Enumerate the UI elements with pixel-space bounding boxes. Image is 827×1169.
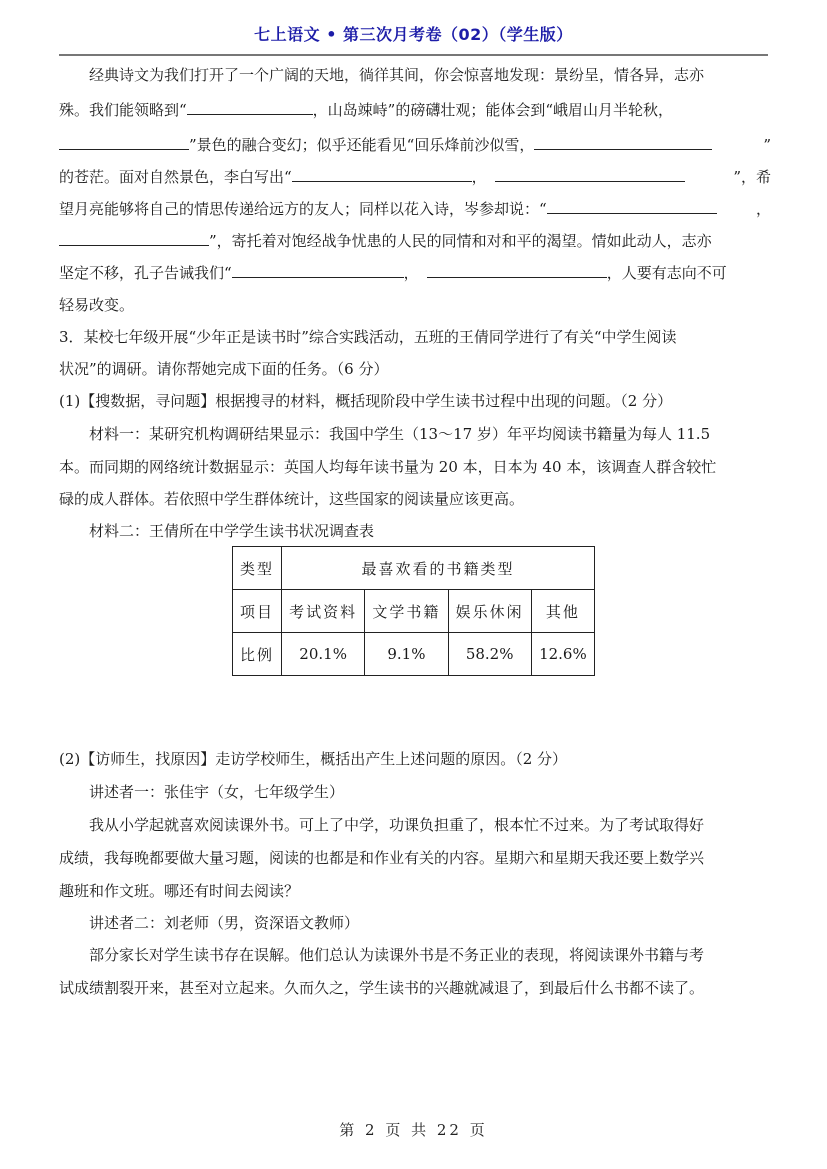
table-cell-item-label: 项目: [233, 590, 282, 633]
table-cell-type-label: 类型: [233, 547, 282, 590]
material-1-line-1: 材料一：某研究机构调研结果显示：我国中学生（13～17 岁）年平均阅读书籍量为每…: [59, 423, 771, 445]
question-3-stem-line-2: 状况”的调研。请你帮她完成下面的任务。（6 分）: [59, 358, 771, 380]
speaker-2-line-1: 部分家长对学生读书存在误解。他们总认为读课外书是不务正业的表现，将阅读课外书籍与…: [59, 944, 771, 966]
poem-text: ”，希: [733, 166, 771, 188]
page-number: 第 2 页 共 22 页: [0, 1119, 827, 1140]
table-cell-value: 20.1%: [282, 633, 365, 676]
table-cell-category: 其他: [531, 590, 594, 633]
table-cell-ratio-label: 比例: [233, 633, 282, 676]
poem-text: ，: [472, 168, 487, 186]
material-1-line-2: 本。而同期的网络统计数据显示：英国人均每年读书量为 20 本，日本为 40 本，…: [59, 456, 771, 478]
poem-text: ，山岛竦峙”的磅礴壮观；能体会到“峨眉山月半轮秋，: [313, 101, 673, 119]
fill-blank-6[interactable]: [547, 198, 717, 214]
poem-text: 殊。我们能领略到“: [59, 101, 187, 119]
poem-text: ”景色的融合变幻；似乎还能看见“回乐烽前沙似雪，: [189, 136, 534, 154]
table-row: 项目 考试资料 文学书籍 娱乐休闲 其他: [233, 590, 595, 633]
poem-line-8: 轻易改变。: [59, 294, 771, 316]
fill-blank-8[interactable]: [232, 262, 404, 278]
fill-blank-7[interactable]: [59, 230, 209, 246]
table-cell-value: 12.6%: [531, 633, 594, 676]
table-cell-category: 考试资料: [282, 590, 365, 633]
header-divider: [59, 54, 768, 56]
poem-text: ，人要有志向不可: [607, 264, 727, 282]
table-row: 比例 20.1% 9.1% 58.2% 12.6%: [233, 633, 595, 676]
table-cell-category: 娱乐休闲: [448, 590, 531, 633]
material-1-line-3: 碌的成人群体。若依照中学生群体统计，这些国家的阅读量应该更高。: [59, 488, 771, 510]
poem-line-2: 殊。我们能领略到“，山岛竦峙”的磅礴壮观；能体会到“峨眉山月半轮秋，: [59, 99, 771, 121]
table-cell-favorite-books-header: 最喜欢看的书籍类型: [282, 547, 595, 590]
poem-text: 望月亮能够将自己的情思传递给远方的友人；同样以花入诗，岑参却说：“: [59, 200, 547, 218]
poem-text: ”: [763, 134, 771, 156]
table-cell-value: 58.2%: [448, 633, 531, 676]
speaker-1-line-2: 成绩，我每晚都要做大量习题，阅读的也都是和作业有关的内容。星期六和星期天我还要上…: [59, 847, 771, 869]
poem-text: ，: [756, 198, 771, 220]
speaker-1-line-1: 我从小学起就喜欢阅读课外书。可上了中学，功课负担重了，根本忙不过来。为了考试取得…: [59, 814, 771, 836]
speaker-1-line-3: 趣班和作文班。哪还有时间去阅读？: [59, 880, 771, 902]
table-row: 类型 最喜欢看的书籍类型: [233, 547, 595, 590]
poem-line-5: 望月亮能够将自己的情思传递给远方的友人；同样以花入诗，岑参却说：“，: [59, 198, 771, 220]
page-header-title: 七上语文 • 第三次月考卷（02）（学生版）: [0, 22, 827, 45]
fill-blank-3[interactable]: [534, 134, 712, 150]
speaker-2-label: 讲述者二：刘老师（男，资深语文教师）: [59, 912, 771, 934]
subquestion-2: (2)【访师生，找原因】走访学校师生，概括出产生上述问题的原因。（2 分）: [59, 748, 771, 770]
fill-blank-2[interactable]: [59, 134, 189, 150]
poem-line-4: 的苍茫。面对自然景色，李白写出“，”，希: [59, 166, 771, 188]
question-3-stem-line-1: 3．某校七年级开展“少年正是读书时”综合实践活动，五班的王倩同学进行了有关“中学…: [59, 326, 771, 348]
poem-text: ”，寄托着对饱经战争忧患的人民的同情和对和平的渴望。情如此动人，志亦: [209, 232, 712, 250]
poem-line-7: 坚定不移，孔子告诫我们“，，人要有志向不可: [59, 262, 771, 284]
reading-survey-table: 类型 最喜欢看的书籍类型 项目 考试资料 文学书籍 娱乐休闲 其他 比例 20.…: [232, 546, 595, 676]
poem-line-3: ”景色的融合变幻；似乎还能看见“回乐烽前沙似雪，”: [59, 134, 771, 156]
poem-text: 的苍茫。面对自然景色，李白写出“: [59, 168, 292, 186]
fill-blank-9[interactable]: [427, 262, 607, 278]
material-2-title: 材料二：王倩所在中学学生读书状况调查表: [59, 520, 771, 542]
subquestion-1: (1)【搜数据，寻问题】根据搜寻的材料，概括现阶段中学生读书过程中出现的问题。（…: [59, 390, 771, 412]
table-cell-category: 文学书籍: [365, 590, 448, 633]
table-cell-value: 9.1%: [365, 633, 448, 676]
poem-line-1: 经典诗文为我们打开了一个广阔的天地，徜徉其间，你会惊喜地发现：景纷呈，情各异，志…: [59, 64, 771, 86]
poem-text: ，: [404, 264, 419, 282]
fill-blank-4[interactable]: [292, 166, 472, 182]
poem-line-6: ”，寄托着对饱经战争忧患的人民的同情和对和平的渴望。情如此动人，志亦: [59, 230, 771, 252]
poem-text: 坚定不移，孔子告诫我们“: [59, 264, 232, 282]
fill-blank-5[interactable]: [495, 166, 685, 182]
fill-blank-1[interactable]: [187, 99, 313, 115]
speaker-2-line-2: 试成绩割裂开来，甚至对立起来。久而久之，学生读书的兴趣就减退了，到最后什么书都不…: [59, 977, 771, 999]
speaker-1-label: 讲述者一：张佳宇（女，七年级学生）: [59, 781, 771, 803]
